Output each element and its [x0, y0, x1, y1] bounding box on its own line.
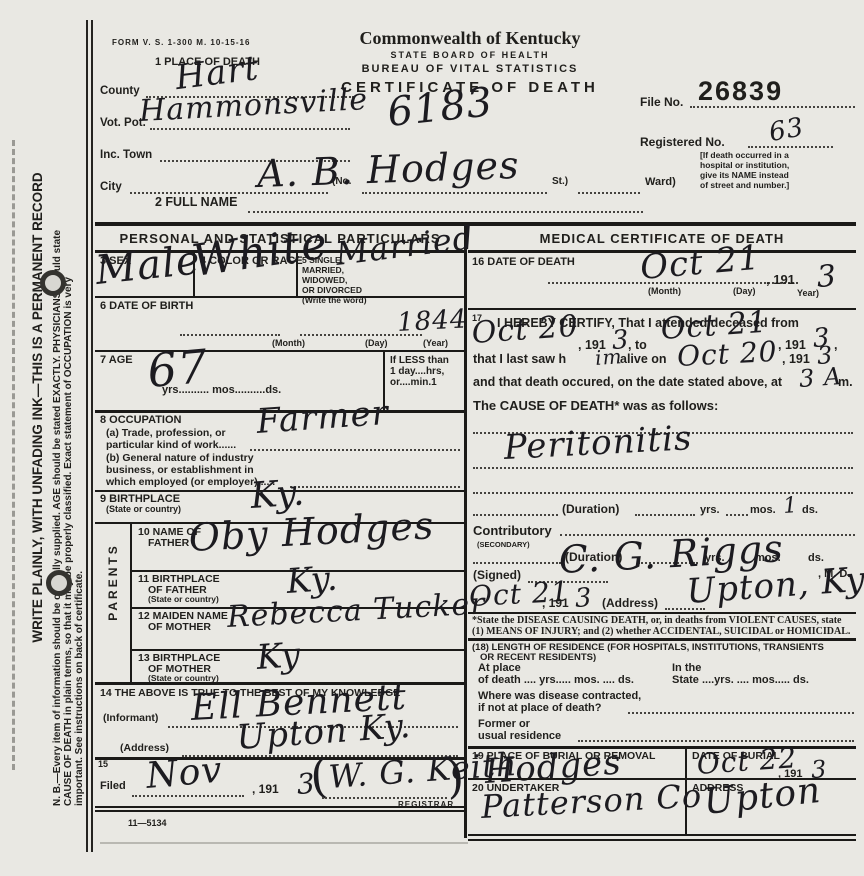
rule — [468, 638, 856, 641]
informant-address-label: (Address) — [120, 742, 169, 754]
dotted-line — [690, 106, 855, 108]
in-the-line1: In the — [672, 662, 701, 674]
form-code: FORM V. S. 1-300 M. 10-15-16 — [112, 38, 250, 47]
filed-year-print: , 191 — [252, 782, 279, 796]
dotted-line — [362, 192, 547, 194]
death-occurred-line: and that death occured, on the date stat… — [473, 375, 782, 389]
dotted-line — [628, 712, 854, 714]
hour-m-label: m. — [838, 375, 853, 389]
marital-label-line: WIDOWED, — [302, 275, 367, 285]
hospital-note-line: give its NAME instead — [700, 170, 789, 180]
occupation-a-line2: particular kind of work...... — [106, 439, 236, 451]
age-less-line: 1 day....hrs, — [390, 366, 449, 377]
print-code: 11—5134 — [128, 818, 167, 828]
to-year-print: , 191 — [778, 338, 806, 352]
father-name-label-line2: FATHER — [148, 537, 189, 549]
alive-on-label: alive on — [620, 352, 667, 366]
rule — [130, 522, 132, 682]
duration-yrs-label: yrs. — [700, 504, 720, 516]
state-board-line: STATE BOARD OF HEALTH — [320, 50, 620, 60]
at-place-line2: of death .... yrs..... mos. .... ds. — [478, 674, 634, 686]
age-units: yrs.......... mos..........ds. — [162, 384, 281, 396]
hospital-note-line: hospital or institution, — [700, 160, 789, 170]
occupation-b-line1: (b) General nature of industry — [106, 452, 254, 464]
dotted-line — [248, 211, 643, 213]
dotted-line — [473, 467, 853, 469]
mother-name-label-line2: OF MOTHER — [148, 621, 211, 633]
stamp-number-handwriting: 6183 — [385, 79, 495, 136]
dod-year-print: , 191 — [766, 272, 795, 287]
informant-label: (Informant) — [103, 712, 158, 724]
bureau-line: BUREAU OF VITAL STATISTICS — [320, 63, 620, 75]
dotted-line — [473, 514, 558, 516]
duration-days-value: 1 — [782, 493, 799, 519]
rule — [468, 612, 856, 614]
file-no-value: 26839 — [698, 76, 783, 107]
footnote-line2: (1) MEANS OF INJURY; and (2) whether ACC… — [472, 626, 850, 637]
st-label: St.) — [552, 176, 568, 187]
hour-of-death-value: 3 A — [798, 362, 843, 393]
dotted-line — [473, 562, 561, 564]
dob-year-value: 1844 — [396, 304, 468, 338]
dotted-line — [290, 486, 460, 488]
ward-label: Ward) — [645, 176, 676, 188]
where-contracted-line2: if not at place of death? — [478, 702, 601, 714]
at-place-line1: At place — [478, 662, 521, 674]
age-label: 7 AGE — [100, 354, 133, 366]
dod-month-label: (Month) — [648, 286, 681, 296]
duration-label: (Duration) — [562, 502, 619, 516]
margin-nb-line1: N. B.—Every item of information should b… — [52, 18, 63, 806]
comma: , — [834, 338, 837, 352]
medical-title: MEDICAL CERTIFICATE OF DEATH — [468, 231, 856, 246]
footnote-line1: *State the DISEASE CAUSING DEATH, or, in… — [472, 615, 842, 626]
occupation-label: 8 OCCUPATION — [100, 414, 182, 426]
dob-label: 6 DATE OF BIRTH — [100, 300, 193, 312]
rule — [296, 253, 298, 296]
dob-month-label: (Month) — [272, 338, 305, 348]
mother-birthplace-value: Ky — [255, 635, 302, 678]
dotted-line — [180, 334, 280, 336]
rule — [468, 308, 856, 310]
hospital-note-line: of street and number.] — [700, 180, 789, 190]
rule — [468, 834, 856, 836]
rule — [95, 806, 465, 808]
margin-nb-line3: important. See instructions on back of c… — [74, 18, 85, 806]
birthplace-hint: (State or country) — [106, 504, 181, 514]
filed-month-value: Nov — [144, 749, 224, 797]
margin-nb-note: N. B.—Every item of information should b… — [52, 18, 85, 806]
dob-day-label: (Day) — [365, 338, 388, 348]
father-name-value: Oby Hodges — [188, 503, 436, 560]
age-less-note: If LESS than 1 day....hrs, or....min.1 — [390, 355, 449, 388]
former-residence-line2: usual residence — [478, 730, 561, 742]
dob-year-label: (Year) — [423, 338, 448, 348]
death-certificate-scan: WRITE PLAINLY, WITH UNFADING INK—THIS IS… — [0, 0, 864, 876]
date-of-death-label: 16 DATE OF DEATH — [472, 256, 575, 268]
occupation-b-line2: business, or establishment in — [106, 464, 254, 476]
duration-ds-label: ds. — [802, 504, 818, 516]
file-no-label: File No. — [640, 95, 683, 109]
where-contracted-line1: Where was disease contracted, — [478, 690, 641, 702]
secondary-label: (SECONDARY) — [477, 540, 530, 549]
rule — [468, 839, 856, 841]
contributory-label: Contributory — [473, 523, 552, 538]
dod-year-label: Year) — [797, 288, 819, 298]
signature-year-print: , 191 — [542, 596, 569, 610]
inc-town-label: Inc. Town — [100, 149, 152, 161]
margin-write-plainly: WRITE PLAINLY, WITH UNFADING INK—THIS IS… — [30, 55, 45, 760]
margin-double-rule — [86, 20, 93, 852]
registrar-paren-right: ) — [444, 749, 467, 804]
rule — [95, 296, 465, 298]
hospital-note: [If death occurred in a hospital or inst… — [700, 150, 789, 190]
dotted-line — [726, 514, 748, 516]
father-birthplace-hint: (State or country) — [148, 594, 219, 604]
occupation-value: Farmer — [255, 393, 390, 442]
dotted-line — [150, 128, 350, 130]
page-edge-mark — [12, 140, 15, 770]
registered-no-value: 63 — [767, 112, 807, 148]
parents-label: PARENTS — [106, 522, 120, 642]
dotted-line — [578, 192, 640, 194]
cause-of-death-heading: The CAUSE OF DEATH* was as follows: — [473, 398, 718, 413]
him-handwriting: im — [594, 344, 623, 370]
full-name-value: A. B. Hodges — [256, 143, 520, 196]
county-label: County — [100, 85, 140, 97]
duration-mos-label: mos. — [750, 504, 776, 516]
rule — [95, 810, 465, 812]
vot-pot-value: Hammonsville — [138, 82, 369, 129]
faint-rule — [100, 842, 468, 844]
hospital-note-line: [If death occurred in a — [700, 150, 789, 160]
cause-of-death-value: Peritonitis — [503, 418, 693, 468]
last-saw-date-value: Oct 20 — [676, 335, 778, 373]
last-saw-line: that I last saw h — [473, 352, 566, 366]
mother-name-value: Rebecca Tucker — [226, 587, 486, 635]
occupation-a-line1: (a) Trade, profession, or — [106, 427, 226, 439]
filed-label: Filed — [100, 780, 126, 792]
registered-no-label: Registered No. — [640, 135, 725, 149]
age-less-line: or....min.1 — [390, 377, 449, 388]
dotted-line — [250, 449, 460, 451]
sex-value: Male — [93, 237, 203, 294]
marital-label-line: OR DIVORCED — [302, 285, 367, 295]
dotted-line — [748, 146, 833, 148]
commonwealth-title: Commonwealth of Kentucky — [320, 28, 620, 49]
age-less-line: If LESS than — [390, 355, 449, 366]
rule-columns-top — [95, 222, 856, 226]
signature-year-value: 3 — [574, 583, 594, 614]
signature-address-label: (Address) — [602, 596, 658, 610]
in-the-line2: State ....yrs. .... mos..... ds. — [672, 674, 809, 686]
dotted-line — [635, 514, 695, 516]
full-name-label: 2 FULL NAME — [155, 195, 237, 209]
marital-value: Married — [333, 218, 476, 273]
margin-nb-line2: CAUSE OF DEATH in plain terms, so that i… — [63, 18, 74, 806]
hole-punch-top — [40, 270, 66, 296]
filed-item-number: 15 — [98, 759, 108, 769]
dotted-line — [322, 797, 447, 799]
former-residence-line1: Former or — [478, 718, 530, 730]
hole-punch-bottom — [46, 570, 72, 596]
to-label: , to — [628, 338, 647, 352]
dod-day-label: (Day) — [733, 286, 756, 296]
attended-from-value: Oct 20 — [471, 309, 580, 351]
city-label: City — [100, 181, 122, 193]
